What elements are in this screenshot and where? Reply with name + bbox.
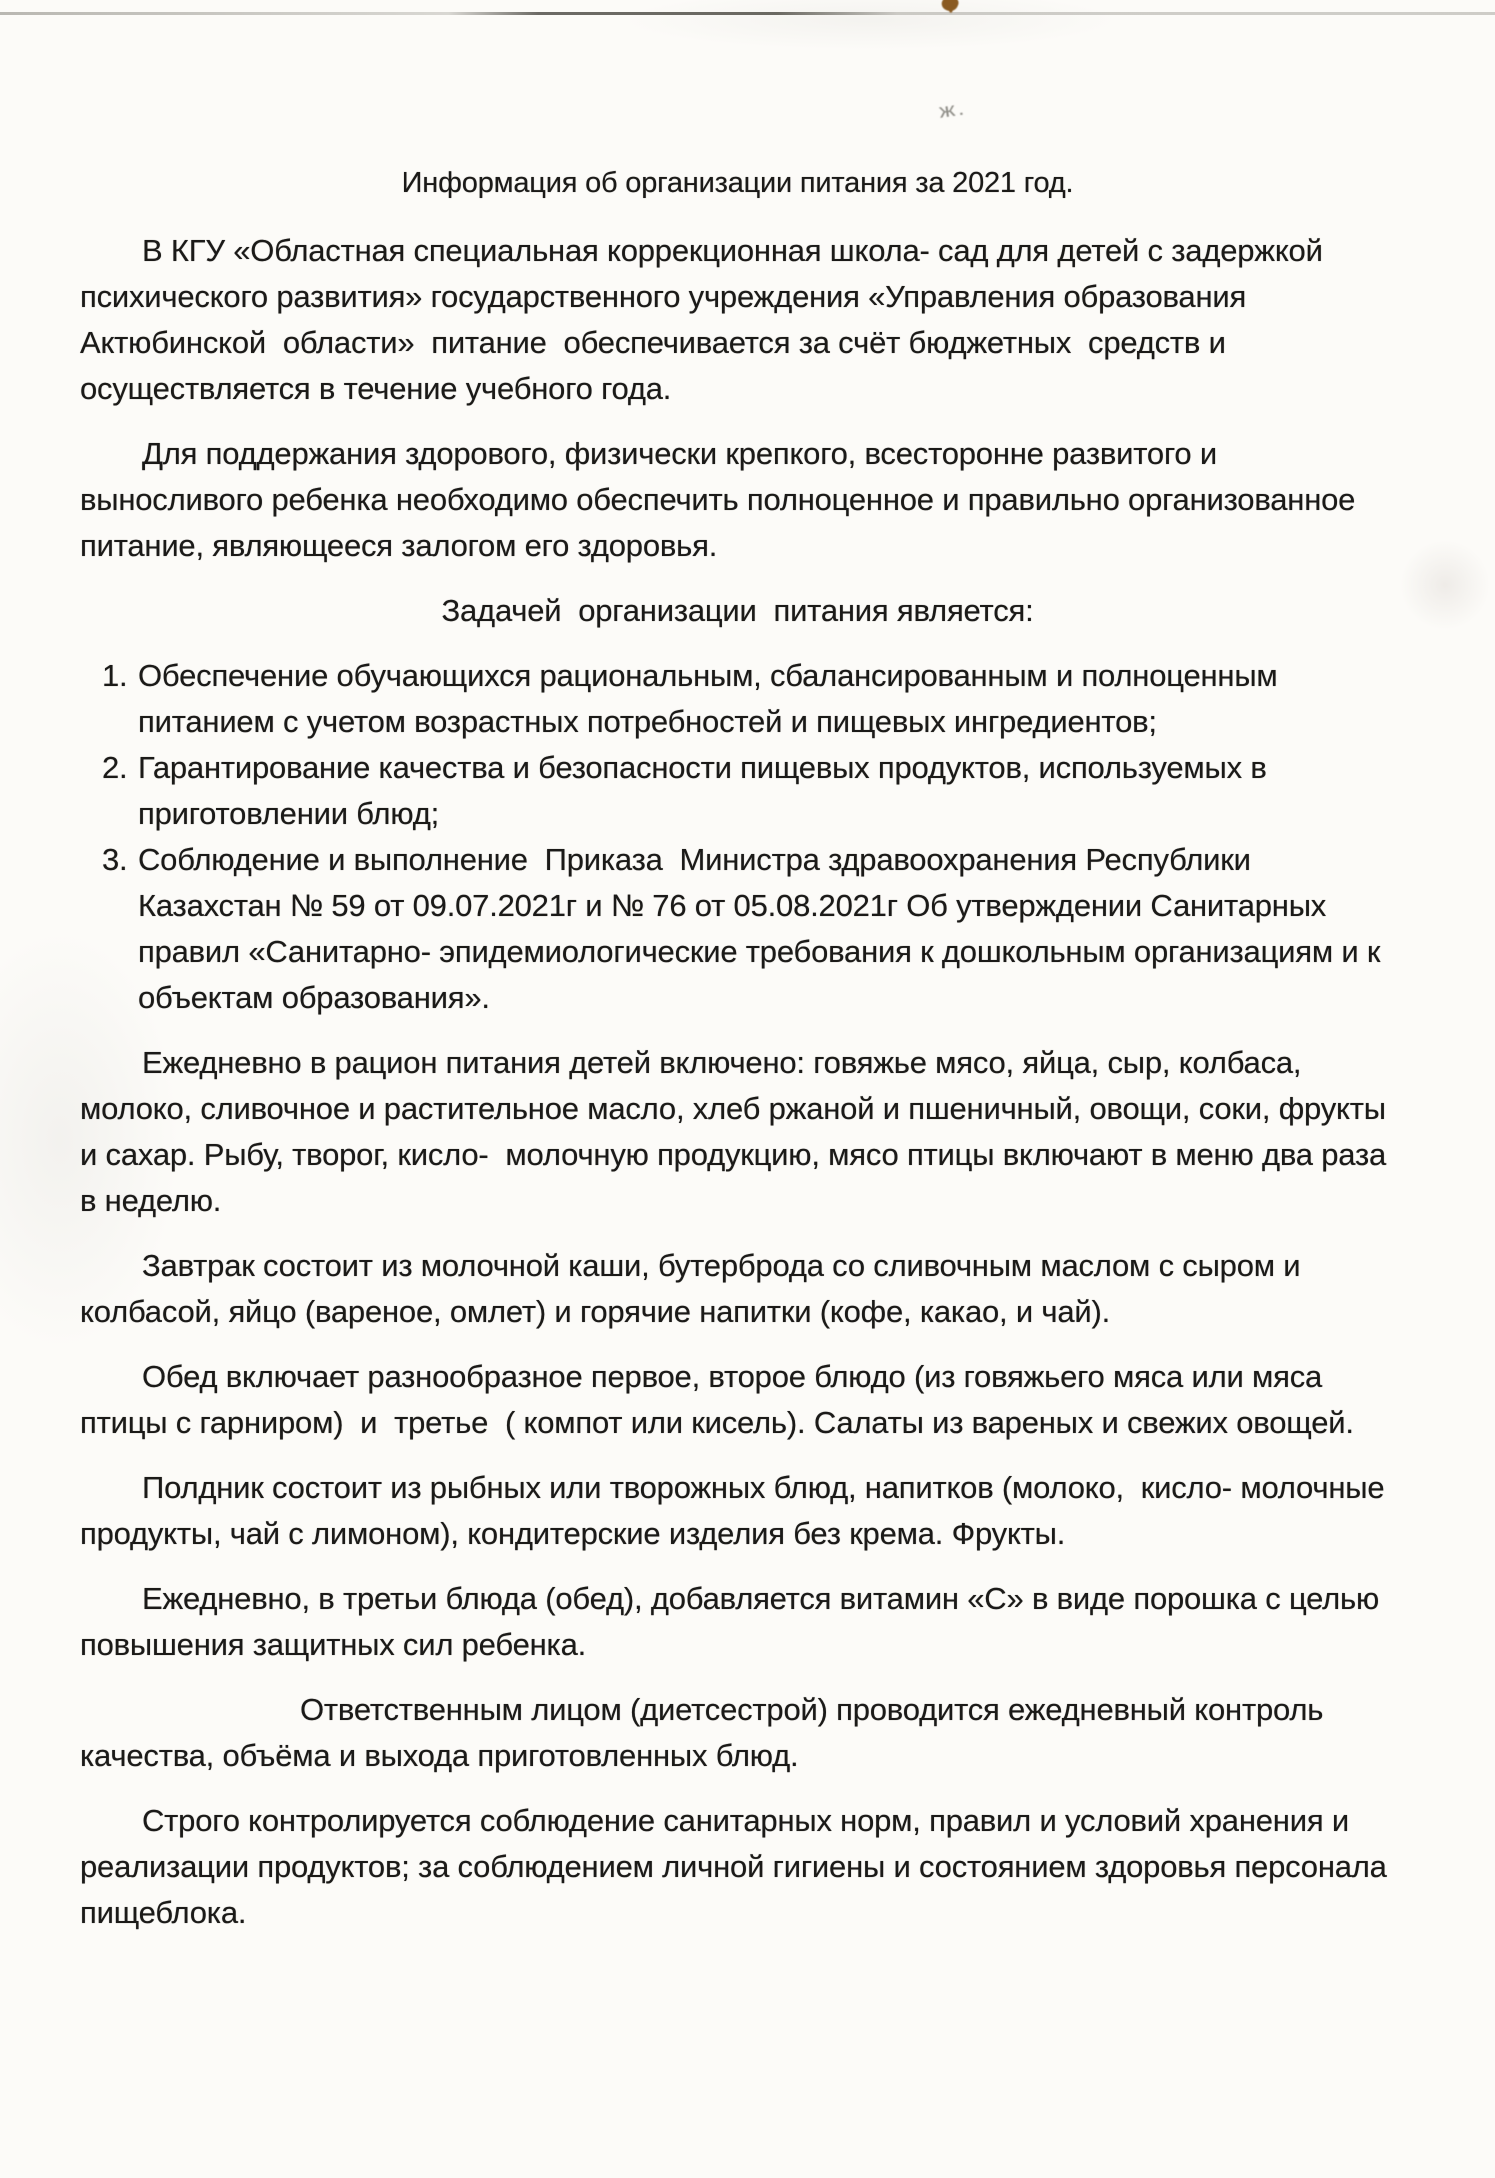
section-heading: Задачей организации питания является: <box>80 588 1395 634</box>
paragraph: Завтрак состоит из молочной каши, бутерб… <box>80 1243 1395 1335</box>
paragraph: Ежедневно в рацион питания детей включен… <box>80 1040 1395 1224</box>
numbered-task-list: Обеспечение обучающихся рациональным, сб… <box>80 653 1395 1021</box>
pencil-smudge-note: ж. <box>938 98 968 124</box>
paragraph: Ответственным лицом (диетсестрой) провод… <box>80 1687 1395 1779</box>
document-title: Информация об организации питания за 202… <box>80 160 1395 206</box>
paper-smudge <box>1400 540 1490 630</box>
list-item: Обеспечение обучающихся рациональным, сб… <box>138 653 1395 745</box>
list-item: Соблюдение и выполнение Приказа Министра… <box>138 837 1395 1021</box>
paragraph: В КГУ «Областная специальная коррекционн… <box>80 228 1395 412</box>
paragraph: Обед включает разнообразное первое, втор… <box>80 1354 1395 1446</box>
paragraph: Полдник состоит из рыбных или творожных … <box>80 1465 1395 1557</box>
document-blocks: В КГУ «Областная специальная коррекционн… <box>80 228 1395 1936</box>
paper-smudge <box>620 0 1120 50</box>
paragraph: Для поддержания здорового, физически кре… <box>80 431 1395 569</box>
paragraph: Ежедневно, в третьи блюда (обед), добавл… <box>80 1576 1395 1668</box>
scanned-document-page: ж. Информация об организации питания за … <box>0 0 1495 2178</box>
document-body: Информация об организации питания за 202… <box>80 160 1395 1955</box>
paragraph: Строго контролируется соблюдение санитар… <box>80 1798 1395 1936</box>
list-item: Гарантирование качества и безопасности п… <box>138 745 1395 837</box>
scanner-edge-line <box>0 12 1495 15</box>
